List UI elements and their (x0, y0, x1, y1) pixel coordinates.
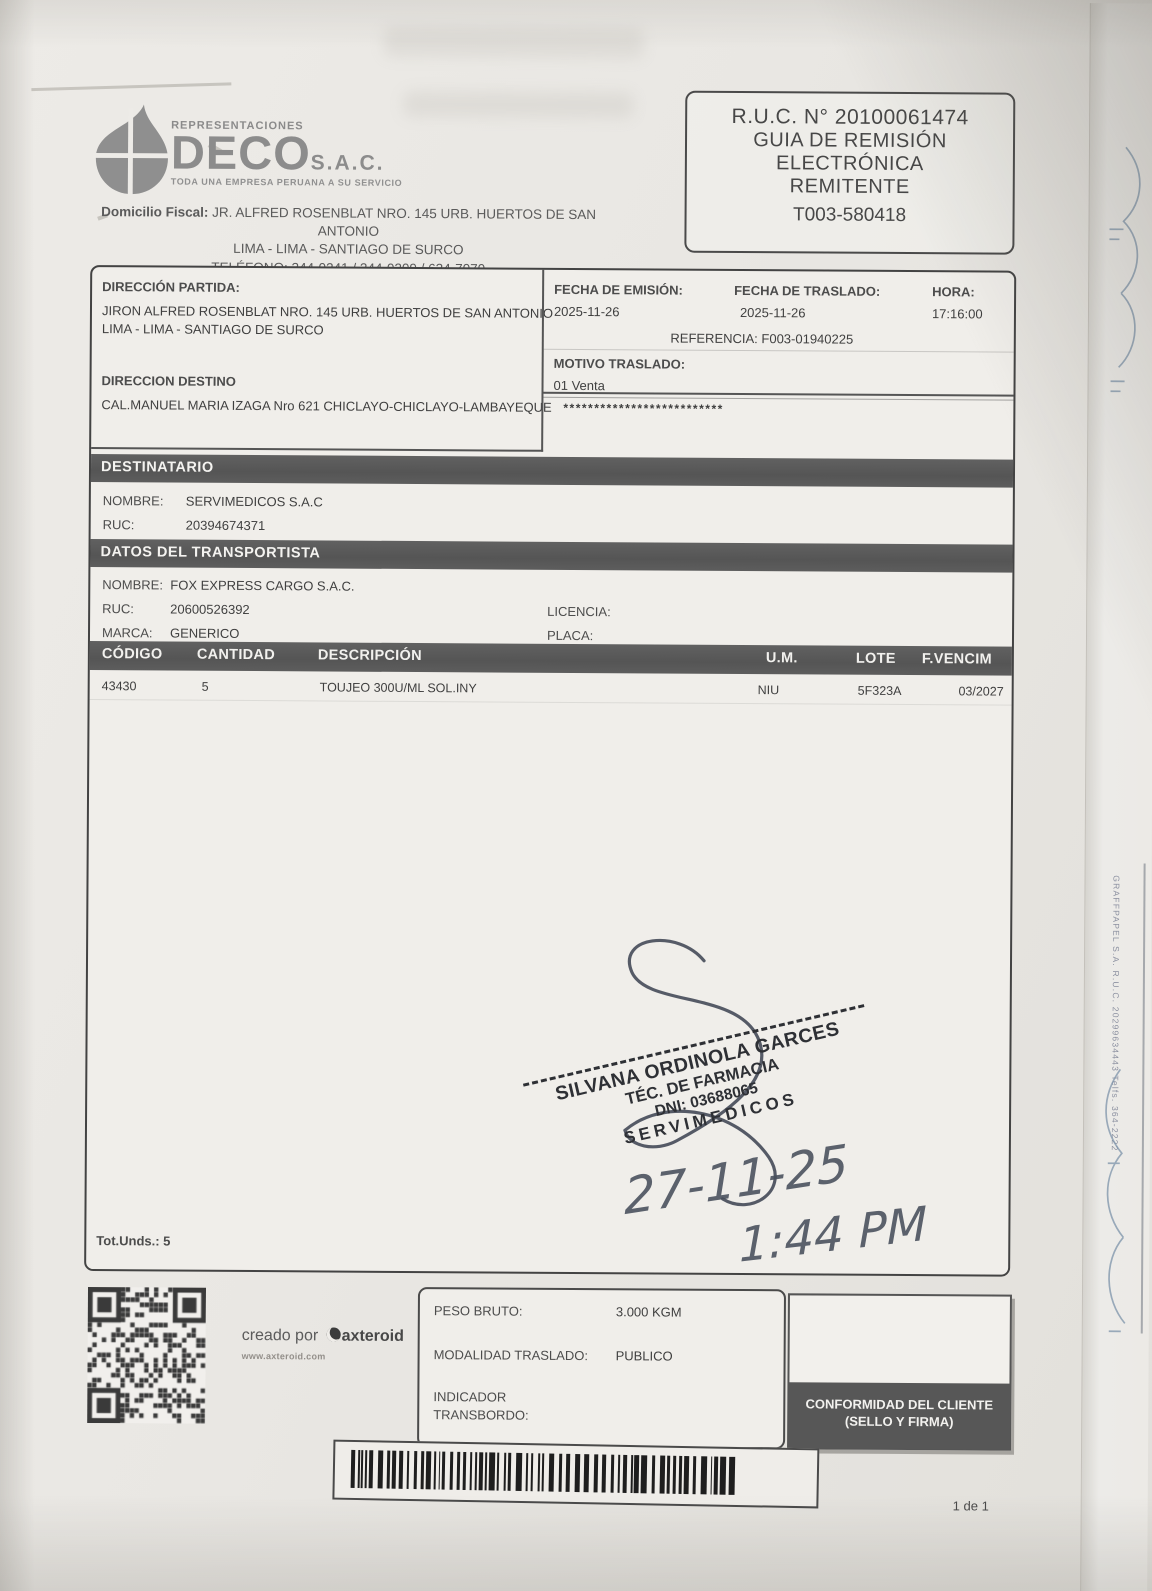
bleed-through-smudge (403, 91, 633, 118)
marca-label: MARCA: (102, 625, 153, 640)
item-lote: 5F323A (858, 684, 902, 698)
transportista-title: DATOS DEL TRANSPORTISTA (100, 544, 320, 561)
direccion-partida-label: DIRECCIÓN PARTIDA: (102, 279, 240, 295)
document-page: REPRESENTACIONES DECOS.A.C. TODA UNA EMP… (0, 0, 1152, 1591)
items-table-header-bar: CÓDIGO CANTIDAD DESCRIPCIÓN U.M. LOTE F.… (90, 641, 1012, 676)
destinatario-nombre-value: SERVIMEDICOS S.A.C (186, 494, 323, 510)
conformidad-line2: (SELLO Y FIRMA) (788, 1413, 1010, 1431)
fiscal-line1: JR. ALFRED ROSENBLAT NRO. 145 URB. HUERT… (212, 205, 596, 239)
indicador-label-2: TRANSBORDO: (433, 1407, 528, 1423)
blue-doodle (1094, 143, 1152, 413)
hora-label: HORA: (932, 284, 975, 299)
total-units: Tot.Unds.: 5 (96, 1233, 170, 1248)
axteroid-credit: creado por axteroid www.axteroid.com (242, 1326, 404, 1362)
fecha-traslado-label: FECHA DE TRASLADO: (734, 283, 880, 299)
col-lote: LOTE (856, 651, 896, 667)
company-tagline: TODA UNA EMPRESA PERUANA A SU SERVICIO (171, 177, 403, 188)
doc-type-line2: ELECTRÓNICA (687, 152, 1013, 177)
company-block: REPRESENTACIONES DECOS.A.C. TODA UNA EMP… (171, 120, 403, 188)
peso-box: PESO BRUTO: 3.000 KGM MODALIDAD TRASLADO… (417, 1287, 786, 1449)
item-descripcion: TOUJEO 300U/ML SOL.INY (320, 680, 477, 695)
scratch-mark (31, 82, 231, 90)
bleed-through-smudge (384, 27, 644, 59)
item-fvencim: 03/2027 (932, 684, 1004, 698)
peso-bruto-value: 3.000 KGM (616, 1304, 682, 1319)
barcode-box (332, 1440, 819, 1509)
fecha-traslado-value: 2025-11-26 (740, 305, 806, 320)
col-fvencim: F.VENCIM (922, 651, 992, 667)
divider (91, 447, 543, 452)
destinatario-ruc-label: RUC: (103, 517, 135, 532)
col-um: U.M. (766, 650, 798, 666)
conformidad-box: CONFORMIDAD DEL CLIENTE (SELLO Y FIRMA) (787, 1293, 1012, 1450)
transportista-section-bar: DATOS DEL TRANSPORTISTA (90, 539, 1012, 573)
creado-por-text: creado por (242, 1327, 319, 1344)
licencia-label: LICENCIA: (547, 604, 611, 619)
peso-bruto-label: PESO BRUTO: (434, 1303, 523, 1319)
divider (543, 397, 1013, 401)
axteroid-website: www.axteroid.com (242, 1351, 404, 1362)
divider (541, 270, 544, 452)
main-body-box: DIRECCIÓN PARTIDA: JIRON ALFRED ROSENBLA… (84, 265, 1016, 1277)
fiscal-label: Domicilio Fiscal: (101, 204, 208, 220)
destinatario-title: DESTINATARIO (101, 459, 214, 476)
doc-type-line1: GUIA DE REMISIÓN (687, 129, 1013, 154)
fecha-emision-label: FECHA DE EMISIÓN: (554, 282, 683, 298)
divider (544, 349, 1014, 353)
item-um: NIU (758, 683, 780, 697)
col-descripcion: DESCRIPCIÓN (318, 647, 422, 664)
destinatario-section-bar: DESTINATARIO (91, 454, 1013, 488)
barcode (351, 1450, 748, 1495)
divider (90, 699, 1012, 706)
table-row: 43430 5 TOUJEO 300U/ML SOL.INY NIU 5F323… (92, 267, 1014, 273)
axteroid-text: axteroid (342, 1328, 404, 1345)
conformidad-line1: CONFORMIDAD DEL CLIENTE (788, 1396, 1010, 1414)
ruc-number: R.U.C. N° 20100061474 (687, 105, 1013, 131)
hora-value: 17:16:00 (932, 306, 983, 321)
transportista-nombre-value: FOX EXPRESS CARGO S.A.C. (170, 578, 354, 594)
divider (543, 392, 1013, 397)
transportista-ruc-label: RUC: (102, 601, 134, 616)
company-suffix: S.A.C. (311, 151, 385, 174)
company-name: DECO (171, 126, 311, 180)
modalidad-value: PUBLICO (616, 1348, 673, 1363)
item-cantidad: 5 (202, 680, 209, 694)
fecha-emision-value: 2025-11-26 (554, 304, 620, 319)
indicador-label-1: INDICADOR (433, 1389, 506, 1404)
col-codigo: CÓDIGO (102, 646, 163, 662)
col-cantidad: CANTIDAD (197, 647, 275, 663)
destinatario-ruc-value: 20394674371 (186, 518, 266, 533)
placa-label: PLACA: (547, 628, 593, 643)
motivo-traslado-value: 01 Venta (553, 378, 604, 393)
underlying-page-edge: GRAFFPAPEL S.A. R.U.C. 20299634443 Telfs… (1080, 3, 1152, 1591)
conformidad-bar: CONFORMIDAD DEL CLIENTE (SELLO Y FIRMA) (788, 1382, 1010, 1449)
direccion-destino-label: DIRECCION DESTINO (102, 373, 236, 389)
page-number: 1 de 1 (953, 1498, 989, 1513)
axteroid-logo-icon (327, 1327, 341, 1341)
marca-value: GENERICO (170, 626, 239, 641)
asterisk-row: ************************** (563, 401, 724, 416)
direccion-destino-value: CAL.MANUEL MARIA IZAGA Nro 621 CHICLAYO-… (101, 397, 551, 415)
modalidad-label: MODALIDAD TRASLADO: (434, 1347, 588, 1363)
transportista-nombre-label: NOMBRE: (102, 577, 163, 592)
qr-code (87, 1287, 206, 1424)
transportista-ruc-value: 20600526392 (170, 602, 250, 617)
item-codigo: 43430 (102, 679, 137, 693)
doc-serial-number: T003-580418 (687, 204, 1013, 228)
motivo-traslado-label: MOTIVO TRASLADO: (554, 356, 686, 372)
doc-type-line3: REMITENTE (687, 175, 1013, 200)
direccion-partida-line2: LIMA - LIMA - SANTIAGO DE SURCO (102, 321, 324, 337)
referencia: REFERENCIA: F003-01940225 (612, 330, 912, 347)
destinatario-nombre-label: NOMBRE: (103, 493, 164, 508)
ruc-box: R.U.C. N° 20100061474 GUIA DE REMISIÓN E… (684, 91, 1015, 255)
blue-doodle (1085, 1063, 1147, 1363)
direccion-partida-line1: JIRON ALFRED ROSENBLAT NRO. 145 URB. HUE… (102, 303, 553, 321)
deco-logo-icon (93, 101, 172, 197)
